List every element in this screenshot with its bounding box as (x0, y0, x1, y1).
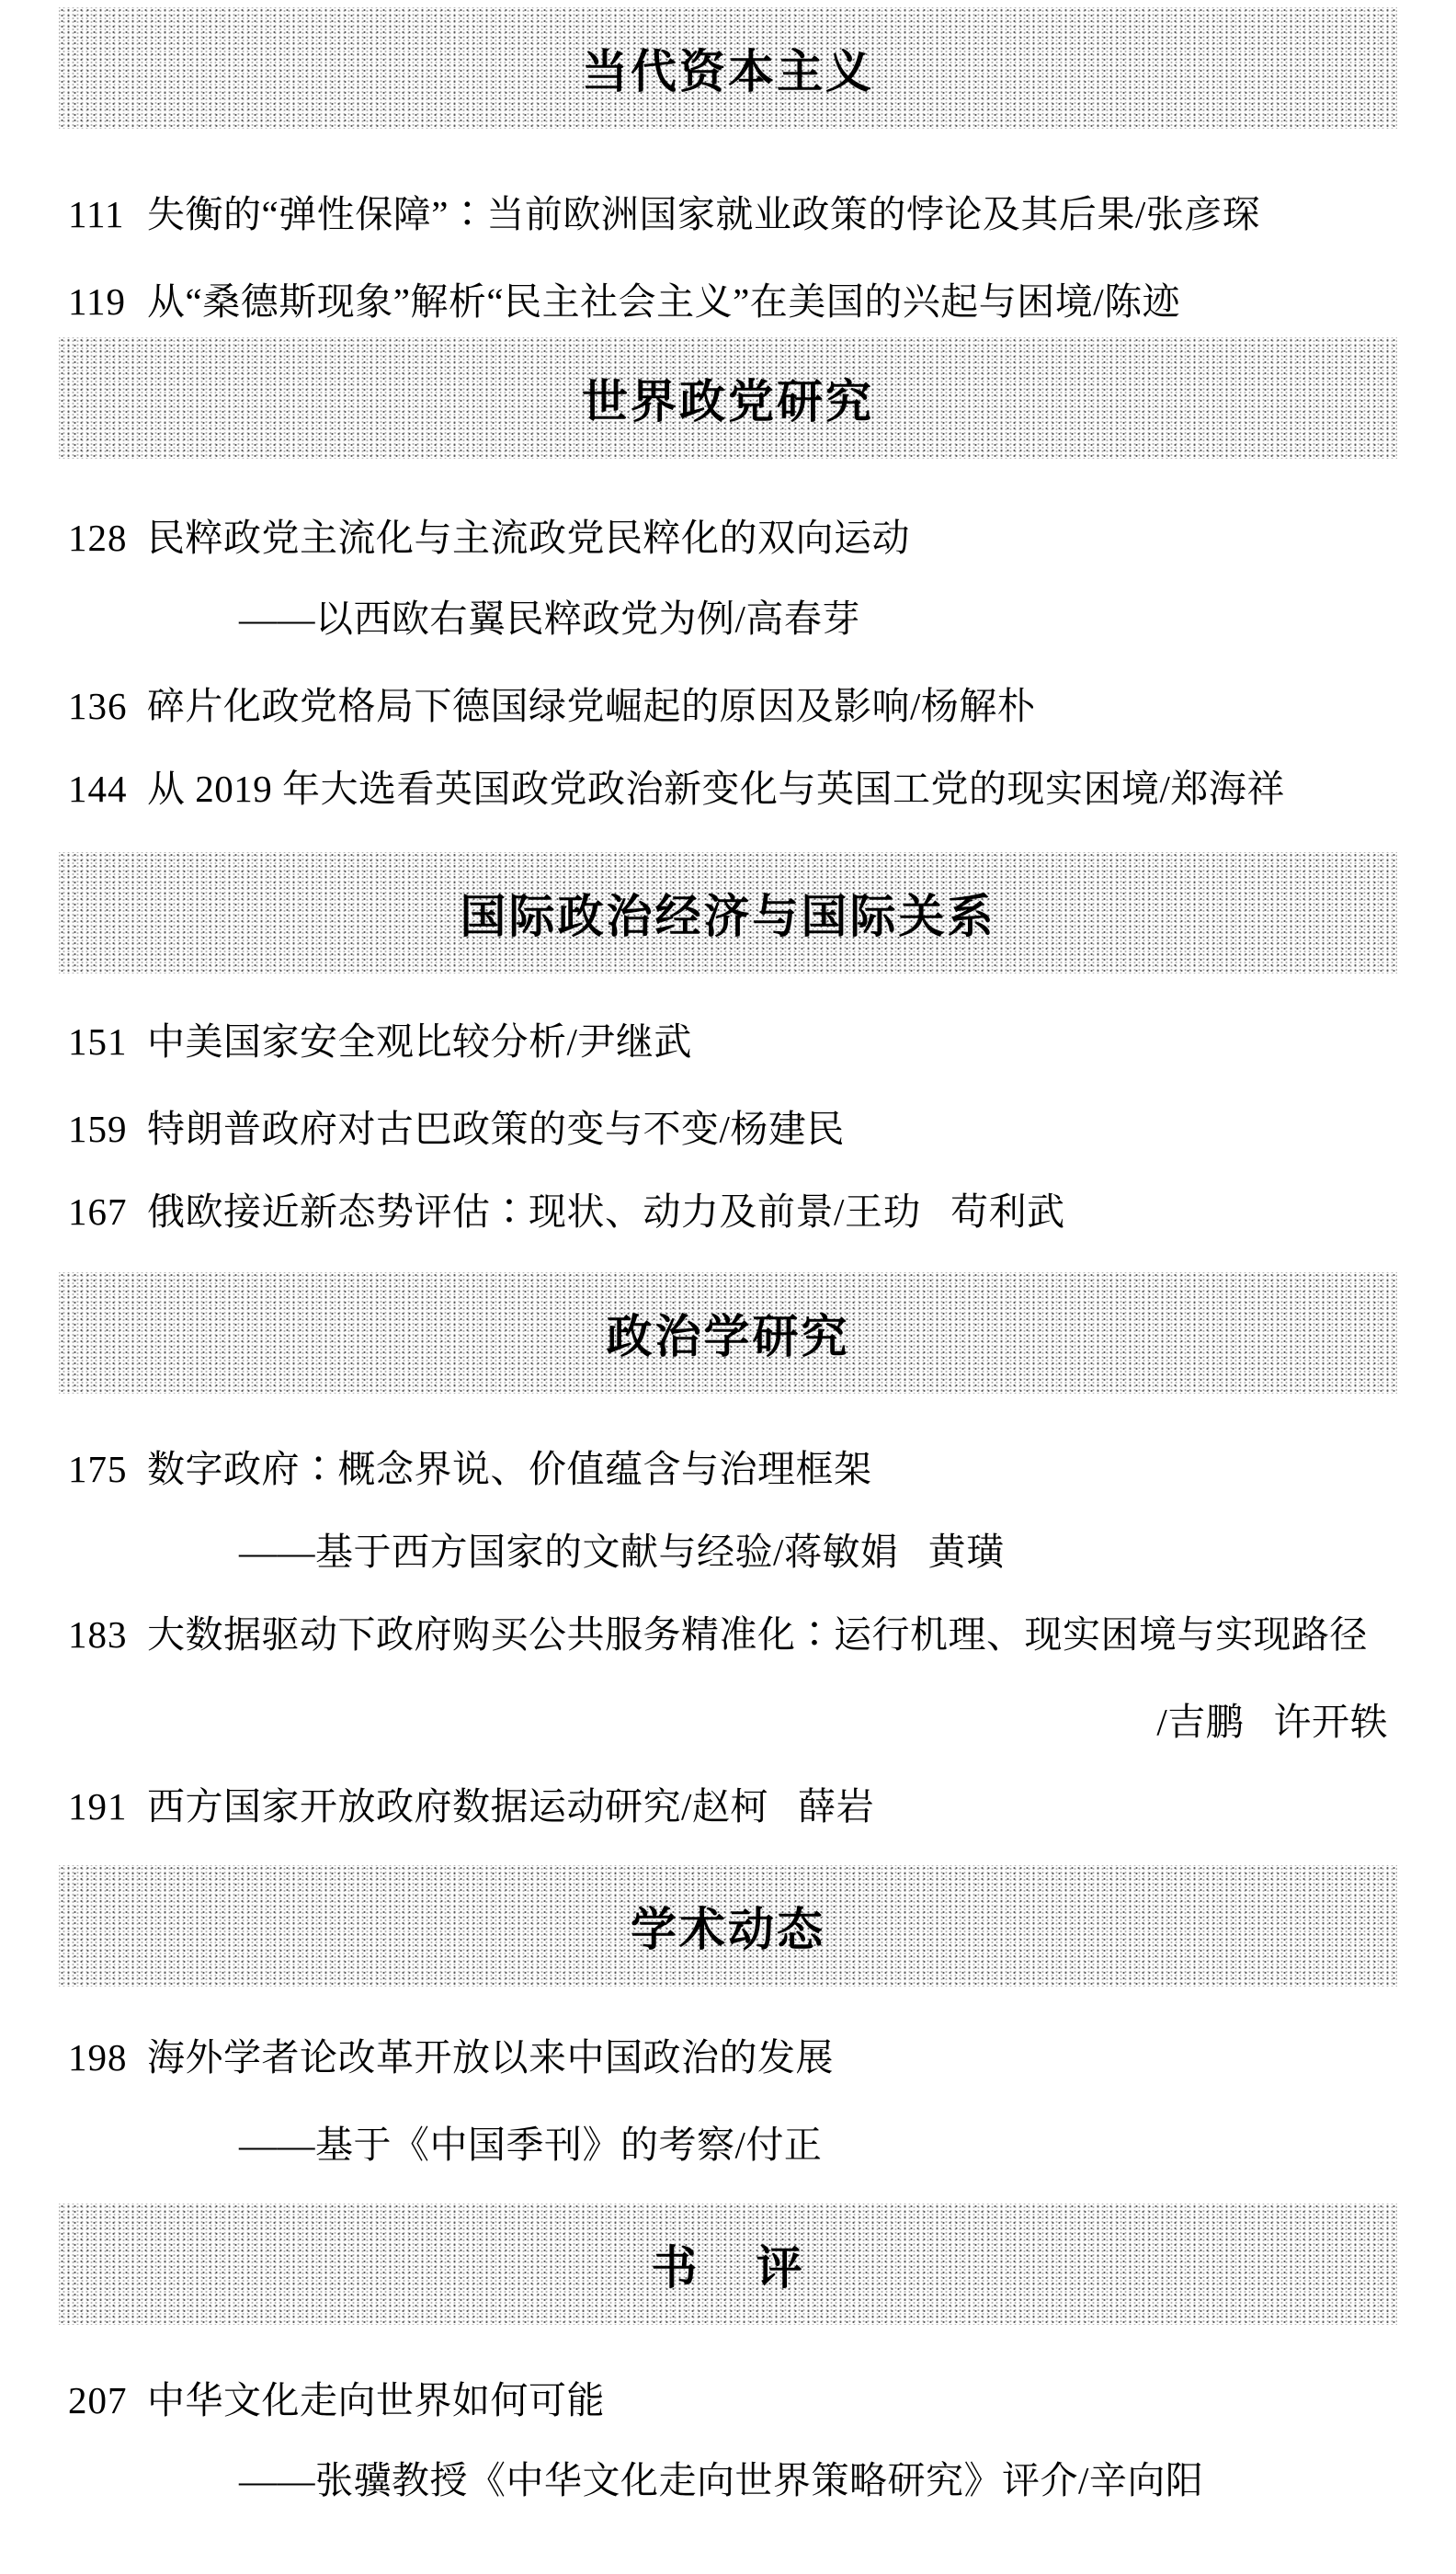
toc-entry: 136 碎片化政党格局下德国绿党崛起的原因及影响/杨解朴 (68, 684, 1388, 728)
entry-page-number: 175 (68, 1447, 147, 1491)
toc-entry-subtitle: ——以西欧右翼民粹政党为例/高春芽 (68, 597, 1388, 641)
entry-subtitle: ——张骥教授《中华文化走向世界策略研究》评介/辛向阳 (239, 2458, 1203, 2502)
entry-title: 特朗普政府对古巴政策的变与不变/杨建民 (147, 1107, 845, 1151)
toc-entry: 207 中华文化走向世界如何可能 (68, 2378, 1388, 2422)
toc-entry-authors: /吉鹏 许开轶 (68, 1700, 1388, 1744)
entry-page-number: 167 (68, 1190, 147, 1234)
toc-entry: 175 数字政府∶概念界说、价值蕴含与治理框架 (68, 1447, 1388, 1491)
entry-title: 中美国家安全观比较分析/尹继武 (147, 1019, 692, 1064)
entry-page-number: 151 (68, 1019, 147, 1064)
section-band: 国际政治经济与国际关系 (59, 852, 1397, 974)
section-band: 书 评 (59, 2204, 1397, 2325)
entry-subtitle: ——基于《中国季刊》的考察/付正 (239, 2123, 822, 2167)
toc-entry: 191 西方国家开放政府数据运动研究/赵柯 薛岩 (68, 1784, 1388, 1828)
entry-title: 数字政府∶概念界说、价值蕴含与治理框架 (147, 1447, 872, 1491)
entry-page-number: 136 (68, 684, 147, 728)
entry-title: 俄欧接近新态势评估∶现状、动力及前景/王玏 苟利武 (147, 1190, 1065, 1234)
toc-entry: 111 失衡的“弹性保障”∶当前欧洲国家就业政策的悖论及其后果/张彦琛 (68, 192, 1388, 236)
toc-entry-subtitle: ——基于《中国季刊》的考察/付正 (68, 2123, 1388, 2167)
entry-page-number: 198 (68, 2035, 147, 2079)
section-title: 学术动态 (631, 1893, 825, 1959)
entry-title: 大数据驱动下政府购买公共服务精准化∶运行机理、现实困境与实现路径 (147, 1612, 1368, 1657)
toc-entry: 128 民粹政党主流化与主流政党民粹化的双向运动 (68, 516, 1388, 560)
toc-entry-subtitle: ——张骥教授《中华文化走向世界策略研究》评介/辛向阳 (68, 2458, 1388, 2502)
toc-entry: 183 大数据驱动下政府购买公共服务精准化∶运行机理、现实困境与实现路径 (68, 1612, 1388, 1657)
entry-title: 海外学者论改革开放以来中国政治的发展 (147, 2035, 834, 2079)
entry-title: 民粹政党主流化与主流政党民粹化的双向运动 (147, 516, 910, 560)
entry-subtitle: ——以西欧右翼民粹政党为例/高春芽 (239, 597, 860, 641)
section-title: 书 评 (651, 2231, 804, 2297)
entry-title: 碎片化政党格局下德国绿党崛起的原因及影响/杨解朴 (147, 684, 1035, 728)
toc-entry: 119 从“桑德斯现象”解析“民主社会主义”在美国的兴起与困境/陈迹 (68, 279, 1388, 324)
section-band: 政治学研究 (59, 1272, 1397, 1394)
entry-page-number: 128 (68, 516, 147, 560)
entry-page-number: 207 (68, 2378, 147, 2422)
entry-page-number: 191 (68, 1784, 147, 1828)
entry-authors: /吉鹏 许开轶 (1156, 1700, 1388, 1744)
toc-entry-subtitle: ——基于西方国家的文献与经验/蒋敏娟 黄璜 (68, 1530, 1388, 1574)
journal-toc-page: 当代资本主义 111 失衡的“弹性保障”∶当前欧洲国家就业政策的悖论及其后果/张… (0, 0, 1456, 2574)
toc-entry: 159 特朗普政府对古巴政策的变与不变/杨建民 (68, 1107, 1388, 1151)
entry-title: 失衡的“弹性保障”∶当前欧洲国家就业政策的悖论及其后果/张彦琛 (147, 192, 1260, 236)
entry-page-number: 119 (68, 279, 147, 324)
entry-page-number: 111 (68, 192, 147, 236)
toc-entry: 167 俄欧接近新态势评估∶现状、动力及前景/王玏 苟利武 (68, 1190, 1388, 1234)
toc-entry: 151 中美国家安全观比较分析/尹继武 (68, 1019, 1388, 1064)
entry-page-number: 183 (68, 1612, 147, 1657)
toc-entry: 198 海外学者论改革开放以来中国政治的发展 (68, 2035, 1388, 2079)
entry-subtitle: ——基于西方国家的文献与经验/蒋敏娟 黄璜 (239, 1530, 1005, 1574)
section-band: 学术动态 (59, 1865, 1397, 1987)
entry-page-number: 159 (68, 1107, 147, 1151)
entry-title: 西方国家开放政府数据运动研究/赵柯 薛岩 (147, 1784, 874, 1828)
entry-page-number: 144 (68, 767, 147, 811)
section-band: 世界政党研究 (59, 337, 1397, 459)
entry-title: 从“桑德斯现象”解析“民主社会主义”在美国的兴起与困境/陈迹 (147, 279, 1180, 324)
entry-title: 中华文化走向世界如何可能 (147, 2378, 605, 2422)
section-title: 国际政治经济与国际关系 (461, 880, 996, 946)
section-band: 当代资本主义 (59, 7, 1397, 129)
section-title: 当代资本主义 (582, 35, 874, 101)
section-title: 政治学研究 (607, 1300, 850, 1366)
toc-entry: 144 从 2019 年大选看英国政党政治新变化与英国工党的现实困境/郑海祥 (68, 767, 1388, 811)
section-title: 世界政党研究 (582, 365, 874, 431)
entry-title: 从 2019 年大选看英国政党政治新变化与英国工党的现实困境/郑海祥 (147, 767, 1285, 811)
